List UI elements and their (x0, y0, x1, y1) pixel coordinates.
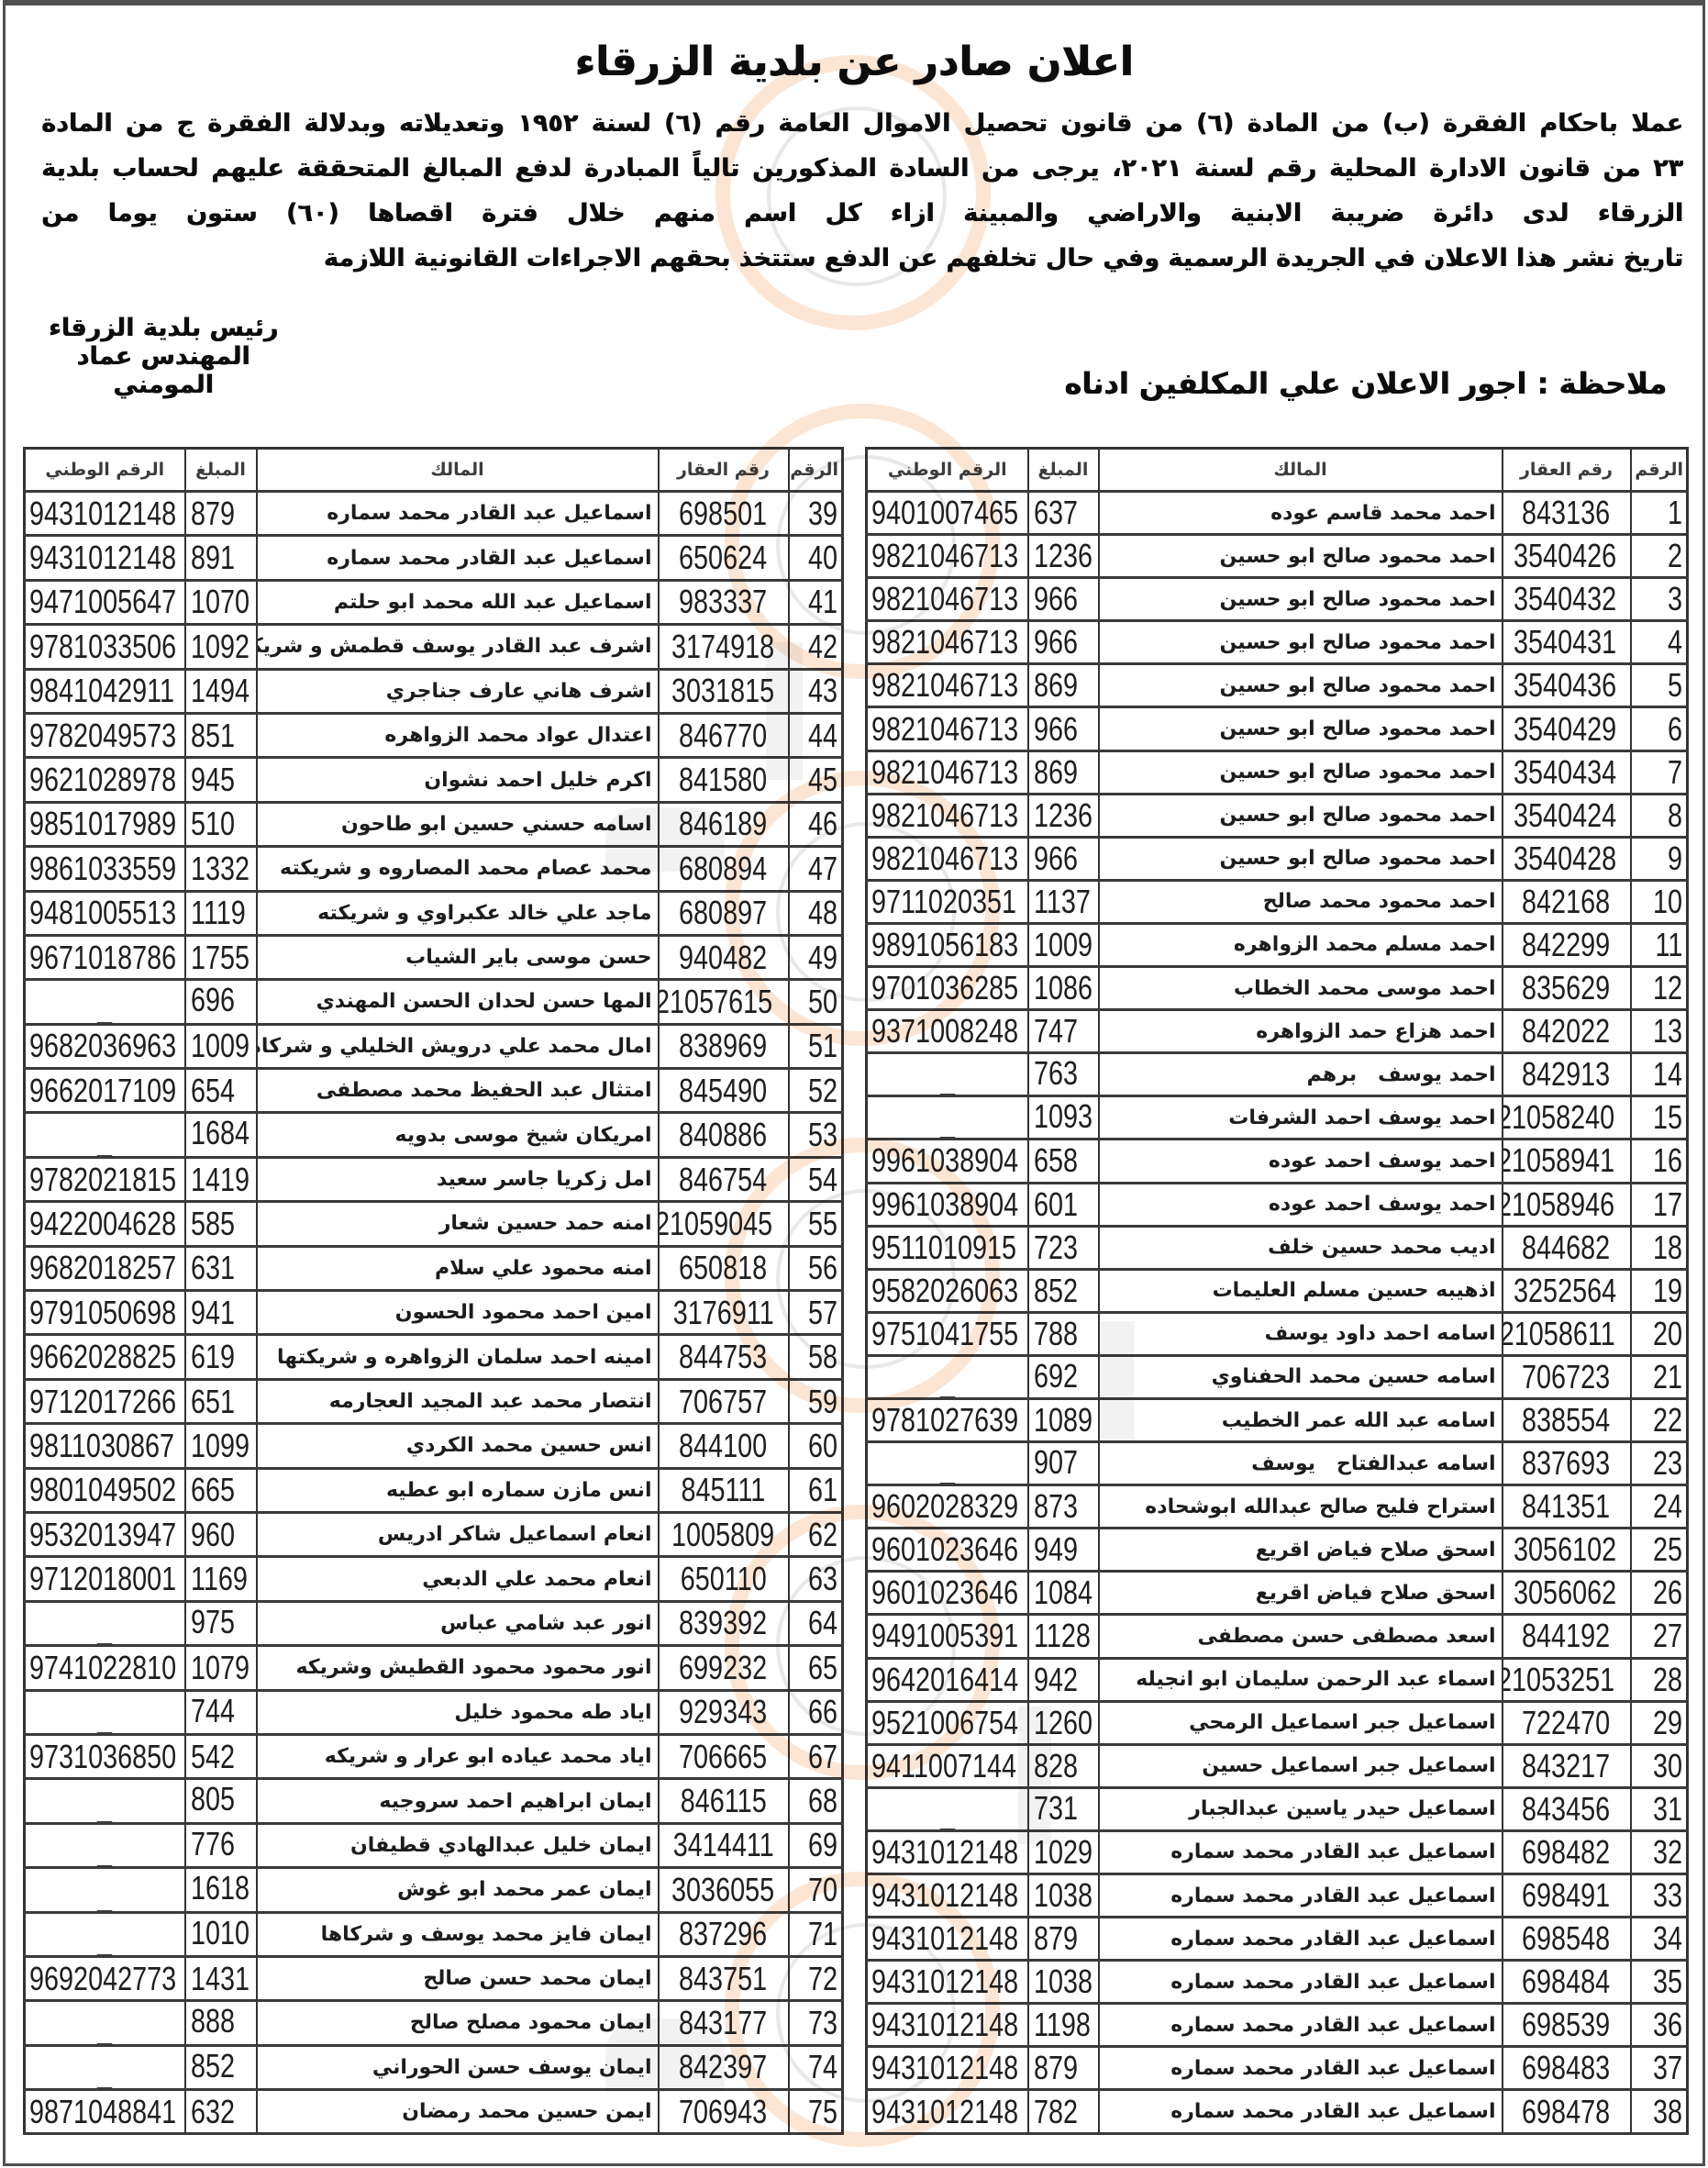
table-row: 52 845490 امتثال عبد الحفيظ محمد مصطفى 6… (25, 1069, 843, 1113)
national-id-cell: 9891056183 (867, 923, 1028, 966)
row-number-cell: 52 (789, 1069, 843, 1113)
property-number: 3056062 (1514, 1575, 1616, 1610)
property-number-cell: 722470 (1503, 1701, 1631, 1744)
owner-name: اشرف هاني عارف جناجري (257, 669, 659, 713)
property-number: 845490 (679, 1073, 767, 1108)
table-row: 65 699232 انور محمود محمود القطيش وشريكه… (25, 1646, 843, 1690)
amount-cell: 776 (185, 1823, 257, 1867)
row-number-cell: 49 (789, 935, 843, 979)
row-number: 24 (1653, 1489, 1682, 1524)
table-row: 69 3414411 ايمان خليل عبدالهادي قطيفان 7… (25, 1823, 843, 1867)
owner-name: اسماعيل عبد القادر محمد سماره (257, 492, 659, 536)
property-number: 846115 (681, 1784, 767, 1818)
national-id-cell: 9491005391 (867, 1615, 1028, 1658)
owner-name: ماجد علي خالد عكبراوي و شريكته (257, 891, 659, 935)
property-number: 3056102 (1514, 1532, 1616, 1567)
national-id: 9861033559 (29, 851, 176, 886)
row-number: 47 (808, 851, 837, 886)
amount: 1038 (1034, 1964, 1092, 1999)
table-row: 6 3540429 احمد محمود صالح ابو حسين 966 9… (867, 707, 1688, 750)
body-line-2: ٢٣ من قانون الادارة المحلية رقم لسنة ٢٠٢… (41, 146, 1683, 191)
property-number-cell: 21058240 (1503, 1096, 1631, 1140)
property-number: 3174918 (671, 629, 774, 664)
row-number-cell: 53 (789, 1113, 843, 1157)
owner-name: احمد محمود صالح ابو حسين (1099, 750, 1503, 794)
property-number-cell: 650624 (659, 536, 789, 580)
column-header-amount: المبلغ (1028, 449, 1099, 492)
property-number-cell: 698484 (1503, 1961, 1631, 2004)
amount: 1009 (1034, 928, 1092, 962)
national-id: 9692042773 (29, 1962, 176, 1996)
row-number-cell: 21 (1631, 1355, 1688, 1398)
table-row: 71 837296 ايمان فايز محمد يوسف و شركاها … (25, 1912, 843, 1956)
national-id: 9431012148 (29, 496, 176, 531)
national-id-cell: 9601023646 (867, 1572, 1028, 1615)
table-row: 22 838554 اسامه عبد الله عمر الخطيب 1089… (867, 1398, 1688, 1441)
amount-cell: 960 (185, 1512, 257, 1556)
row-number: 43 (808, 673, 837, 708)
row-number-cell: 27 (1631, 1615, 1688, 1658)
national-id-cell: 9431012148 (867, 2047, 1028, 2090)
row-number-cell: 58 (789, 1335, 843, 1379)
property-number: 698501 (679, 496, 767, 531)
national-id: 9782049573 (29, 718, 176, 753)
property-number-cell: 838554 (1503, 1398, 1631, 1441)
national-id-cell: 9782049573 (25, 713, 185, 757)
row-number-cell: 6 (1631, 707, 1688, 750)
row-number: 62 (808, 1518, 837, 1552)
amount: 891 (191, 540, 235, 575)
owner-name: اياد طه محمود خليل (257, 1690, 659, 1734)
row-number: 59 (808, 1384, 837, 1419)
row-number: 16 (1653, 1143, 1682, 1178)
amount: 966 (1034, 841, 1078, 876)
national-id-cell: 9861033559 (25, 847, 185, 891)
row-number-cell: 1 (1631, 492, 1688, 535)
property-number: 650110 (681, 1562, 767, 1596)
amount: 1070 (191, 584, 250, 619)
row-number: 8 (1668, 798, 1682, 833)
amount-cell: 966 (1028, 837, 1099, 880)
row-number-cell: 12 (1631, 967, 1688, 1010)
national-id-cell: 9821046713 (867, 707, 1028, 750)
amount: 585 (191, 1206, 235, 1241)
property-number-cell: 706757 (659, 1379, 789, 1423)
national-id-cell: 9821046713 (867, 794, 1028, 837)
property-number-cell: 843177 (659, 2001, 789, 2045)
amount-cell: 723 (1028, 1226, 1099, 1269)
national-id: 9422004628 (29, 1206, 176, 1241)
amount-cell: 788 (1028, 1312, 1099, 1355)
national-id: 9712018001 (29, 1562, 176, 1596)
national-id-cell: _ (867, 1096, 1028, 1140)
amount: 851 (191, 718, 235, 753)
amount: 949 (1034, 1532, 1078, 1567)
row-number: 50 (808, 984, 837, 1019)
amount-cell: 1038 (1028, 1874, 1099, 1918)
owner-name: اسماء عبد الرحمن سليمان ابو انجيله (1099, 1658, 1503, 1701)
property-number-cell: 841580 (659, 758, 789, 802)
amount-cell: 1092 (185, 625, 257, 669)
row-number-cell: 45 (789, 758, 843, 802)
national-id: 9532013947 (29, 1518, 176, 1552)
national-id-cell: _ (25, 1690, 185, 1734)
property-number-cell: 3036055 (659, 1868, 789, 1912)
owner-name: امنه محمود علي سلام (257, 1246, 659, 1290)
amount: 1260 (1034, 1706, 1092, 1740)
table-row: 42 3174918 اشرف عبد القادر يوسف قطمش و ش… (25, 625, 843, 669)
national-id: 9621028978 (29, 762, 176, 797)
table-row: 72 843751 ايمان محمد حسن صالح 1431 96920… (25, 1956, 843, 2000)
amount: 651 (191, 1384, 235, 1419)
row-number: 6 (1668, 712, 1682, 747)
row-number-cell: 51 (789, 1024, 843, 1068)
property-number: 21058946 (1503, 1187, 1615, 1222)
property-number-cell: 842913 (1503, 1053, 1631, 1096)
national-id-cell: 9961038904 (867, 1183, 1028, 1226)
row-number: 44 (808, 718, 837, 753)
property-number: 838969 (679, 1028, 767, 1063)
property-number-cell: 21057615 (659, 980, 789, 1024)
amount-cell: 696 (185, 980, 257, 1024)
table-row: 67 706665 اياد محمد عياده ابو عرار و شري… (25, 1734, 843, 1778)
owner-name: اسماعيل عبد القادر محمد سماره (1099, 2004, 1503, 2047)
row-number: 55 (808, 1206, 837, 1241)
property-number-cell: 929343 (659, 1690, 789, 1734)
amount: 1332 (191, 851, 250, 886)
national-id: 9711020351 (871, 884, 1016, 919)
row-number-cell: 71 (789, 1912, 843, 1956)
amount: 1419 (191, 1162, 250, 1197)
property-number: 698478 (1522, 2095, 1610, 2129)
property-number: 21059045 (659, 1206, 773, 1241)
row-number: 25 (1653, 1532, 1682, 1567)
property-number: 837296 (679, 1917, 767, 1951)
table-header-row: الرقم رقم العقار المالك المبلغ الرقم الو… (25, 449, 843, 492)
amount: 788 (1034, 1317, 1078, 1351)
national-id-cell: _ (867, 1053, 1028, 1096)
national-id: 9431012148 (29, 540, 176, 575)
row-number-cell: 55 (789, 1202, 843, 1246)
amount-cell: 852 (185, 2045, 257, 2089)
national-id-cell: 9511010915 (867, 1226, 1028, 1269)
amount: 542 (191, 1740, 235, 1774)
row-number: 31 (1653, 1792, 1682, 1827)
national-id-cell: _ (867, 1355, 1028, 1398)
national-id-cell: 9431012148 (867, 1874, 1028, 1918)
amount: 1684 (191, 1116, 250, 1151)
national-id: 9821046713 (871, 755, 1018, 790)
owner-name: انعام محمد علي الدبعي (257, 1557, 659, 1601)
row-number-cell: 59 (789, 1379, 843, 1423)
national-id: 9601023646 (871, 1532, 1018, 1567)
national-id: 9511010915 (871, 1230, 1016, 1265)
owner-name: اشرف عبد القادر يوسف قطمش و شريكه (257, 625, 659, 669)
row-number: 53 (808, 1117, 837, 1152)
national-id-cell: 9781027639 (867, 1398, 1028, 1441)
property-number: 844100 (679, 1429, 767, 1463)
national-id-cell: 9671018786 (25, 935, 185, 979)
national-id-cell: 9751041755 (867, 1312, 1028, 1355)
amount-cell: 1260 (1028, 1701, 1099, 1744)
amount-cell: 1099 (185, 1424, 257, 1468)
property-number: 844192 (1522, 1618, 1610, 1653)
amount-cell: 966 (1028, 621, 1099, 664)
row-number: 71 (808, 1917, 837, 1951)
table-row: 37 698483 اسماعيل عبد القادر محمد سماره … (867, 2047, 1688, 2090)
national-id-cell: _ (25, 2045, 185, 2089)
owner-name: اكرم خليل احمد نشوان (257, 758, 659, 802)
property-number-cell: 3176911 (659, 1291, 789, 1335)
row-number: 29 (1653, 1706, 1682, 1740)
owner-name: انعام اسماعيل شاكر ادريس (257, 1512, 659, 1556)
amount-cell: 665 (185, 1468, 257, 1512)
property-number-cell: 1005809 (659, 1512, 789, 1556)
owner-name: اسماعيل عبد الله محمد ابو حلتم (257, 580, 659, 624)
owner-name: استراح فليح صالح عبدالله ابوشحاده (1099, 1485, 1503, 1529)
national-id-cell: 9712018001 (25, 1557, 185, 1601)
column-header-number: الرقم (1631, 449, 1688, 492)
owner-name: اديب محمد حسين خلف (1099, 1226, 1503, 1269)
property-number-cell: 3540431 (1503, 621, 1631, 664)
amount-cell: 1431 (185, 1956, 257, 2000)
row-number: 26 (1653, 1575, 1682, 1610)
amount-cell: 1029 (1028, 1830, 1099, 1873)
row-number-cell: 35 (1631, 1961, 1688, 2004)
owner-name: احمد محمود محمد صالح (1099, 880, 1503, 923)
amount-cell: 619 (185, 1335, 257, 1379)
table-row: 55 21059045 امنه حمد حسين شعار 585 94220… (25, 1202, 843, 1246)
national-id-cell: 9711020351 (867, 880, 1028, 923)
row-number: 34 (1653, 1921, 1682, 1956)
row-number: 60 (808, 1429, 837, 1463)
table-row: 56 650818 امنه محمود علي سلام 631 968201… (25, 1246, 843, 1290)
amount: 942 (1034, 1662, 1078, 1697)
national-id-cell: _ (25, 1912, 185, 1956)
property-number-cell: 846770 (659, 713, 789, 757)
row-number-cell: 34 (1631, 1918, 1688, 1961)
owner-name: احمد مسلم محمد الزواهره (1099, 923, 1503, 966)
national-id: 9662017109 (29, 1073, 176, 1108)
property-number: 841580 (679, 762, 767, 797)
property-number-cell: 698478 (1503, 2090, 1631, 2133)
amount: 665 (191, 1473, 235, 1507)
national-id: _ (97, 1929, 112, 1952)
property-number-cell: 21053251 (1503, 1658, 1631, 1701)
amount-cell: 651 (185, 1379, 257, 1423)
row-number: 52 (808, 1073, 837, 1108)
property-number-cell: 3540426 (1503, 535, 1631, 578)
property-number-cell: 3056062 (1503, 1572, 1631, 1615)
amount-cell: 542 (185, 1734, 257, 1778)
table-row: 53 840886 امريكان شيخ موسى بدويه 1684 _ (25, 1113, 843, 1157)
property-number: 842168 (1522, 884, 1610, 919)
amount: 658 (1034, 1143, 1078, 1178)
property-number-cell: 842397 (659, 2045, 789, 2089)
table-row: 10 842168 احمد محمود محمد صالح 1137 9711… (867, 880, 1688, 923)
national-id-cell: 9791050698 (25, 1291, 185, 1335)
property-number-cell: 840886 (659, 1113, 789, 1157)
amount: 1086 (1034, 971, 1092, 1006)
amount-cell: 692 (1028, 1355, 1099, 1398)
property-number-cell: 837693 (1503, 1442, 1631, 1485)
column-header-owner: المالك (257, 449, 659, 492)
national-id: _ (97, 1707, 112, 1730)
national-id: 9741022810 (29, 1651, 176, 1685)
amount: 1169 (191, 1562, 248, 1596)
owner-name: ايمان خليل عبدالهادي قطيفان (257, 1823, 659, 1867)
amount: 747 (1034, 1014, 1078, 1049)
row-number-cell: 29 (1631, 1701, 1688, 1744)
table-row: 64 839392 انور عبد شامي عباس 975 _ (25, 1601, 843, 1645)
property-number: 3176911 (672, 1295, 773, 1330)
owner-name: اسماعيل عبد القادر محمد سماره (1099, 1830, 1503, 1873)
amount-cell: 966 (1028, 707, 1099, 750)
amount: 966 (1034, 582, 1078, 617)
signature-title: رئيس بلدية الزرقاء (41, 314, 285, 342)
table-row: 13 842022 احمد هزاع حمد الزواهره 747 937… (867, 1010, 1688, 1053)
national-id-cell: 9821046713 (867, 837, 1028, 880)
national-id-cell: 9431012148 (867, 1961, 1028, 2004)
table-row: 24 841351 استراح فليح صالح عبدالله ابوشح… (867, 1485, 1688, 1529)
row-number-cell: 19 (1631, 1269, 1688, 1312)
national-id: 9471005647 (29, 584, 176, 619)
national-id: _ (940, 1371, 955, 1395)
row-number: 28 (1653, 1662, 1682, 1697)
national-id: 9601023646 (871, 1575, 1018, 1610)
owner-name: احمد يوسف احمد الشرفات (1099, 1096, 1503, 1140)
amount: 1079 (191, 1651, 250, 1685)
table-row: 49 940482 حسن موسى باير الشياب 1755 9671… (25, 935, 843, 979)
signature-block: رئيس بلدية الزرقاء المهندس عماد المومني (41, 314, 285, 399)
table-row: 75 706943 ايمن حسين محمد رمضان 632 98710… (25, 2090, 843, 2134)
row-number-cell: 63 (789, 1557, 843, 1601)
property-number-cell: 3056102 (1503, 1529, 1631, 1572)
property-number-cell: 3174918 (659, 625, 789, 669)
amount: 692 (1034, 1359, 1078, 1394)
property-number: 650624 (679, 540, 767, 575)
owner-name: اسماعيل عبد القادر محمد سماره (257, 536, 659, 580)
amount: 805 (191, 1782, 235, 1817)
owner-name: امال محمد علي درويش الخليلي و شركاها (257, 1024, 659, 1068)
amount: 601 (1034, 1187, 1078, 1222)
row-number-cell: 66 (789, 1690, 843, 1734)
row-number-cell: 46 (789, 802, 843, 846)
property-number-cell: 842022 (1503, 1010, 1631, 1053)
row-number: 46 (808, 806, 837, 841)
amount-cell: 744 (185, 1690, 257, 1734)
row-number: 14 (1653, 1057, 1682, 1092)
national-id: 9431012148 (871, 2007, 1018, 2042)
column-header-property: رقم العقار (659, 449, 789, 492)
national-id: 9431012148 (871, 1835, 1018, 1870)
row-number: 73 (808, 2006, 837, 2040)
national-id-cell: 9781033506 (25, 625, 185, 669)
row-number-cell: 68 (789, 1779, 843, 1823)
amount-cell: 747 (1028, 1010, 1099, 1053)
row-number: 1 (1668, 495, 1682, 530)
owner-name: ايمان عمر محمد ابو غوش (257, 1868, 659, 1912)
row-number: 10 (1653, 884, 1682, 919)
row-number-cell: 65 (789, 1646, 843, 1690)
property-number-cell: 844753 (659, 1335, 789, 1379)
national-id-cell: 9662017109 (25, 1069, 185, 1113)
amount: 723 (1034, 1230, 1078, 1265)
property-number: 843751 (679, 1962, 767, 1996)
row-number: 42 (808, 629, 837, 664)
amount: 637 (1034, 495, 1078, 530)
row-number: 13 (1653, 1014, 1682, 1049)
national-id: _ (97, 2018, 112, 2041)
row-number: 15 (1653, 1100, 1682, 1135)
national-id-cell: _ (25, 1868, 185, 1912)
row-number: 22 (1653, 1403, 1682, 1438)
column-header-property: رقم العقار (1503, 449, 1631, 492)
owner-name: احمد يوسف احمد عوده (1099, 1140, 1503, 1183)
owner-name: اسعد مصطفى حسن مصطفى (1099, 1615, 1503, 1658)
row-number: 30 (1653, 1749, 1682, 1784)
owner-name: امين احمد محمود الحسون (257, 1291, 659, 1335)
national-id: _ (97, 2062, 112, 2085)
column-header-national-id: الرقم الوطني (25, 449, 185, 492)
national-id: _ (97, 1884, 112, 1908)
row-number-cell: 56 (789, 1246, 843, 1290)
property-number-cell: 940482 (659, 935, 789, 979)
table-row: 7 3540434 احمد محمود صالح ابو حسين 869 9… (867, 750, 1688, 794)
property-number: 3414411 (672, 1828, 773, 1862)
national-id: 9782021815 (29, 1162, 176, 1197)
national-id-cell: 9481005513 (25, 891, 185, 935)
amount-cell: 1684 (185, 1113, 257, 1157)
property-number: 706665 (679, 1740, 767, 1774)
amount-cell: 763 (1028, 1053, 1099, 1096)
amount: 1431 (191, 1962, 250, 1996)
table-row: 15 21058240 احمد يوسف احمد الشرفات 1093 … (867, 1096, 1688, 1140)
amount: 966 (1034, 712, 1078, 747)
table-row: 33 698491 اسماعيل عبد القادر محمد سماره … (867, 1874, 1688, 1918)
property-number-cell: 846754 (659, 1157, 789, 1201)
amount-cell: 1089 (1028, 1398, 1099, 1441)
property-number: 21058611 (1503, 1317, 1615, 1351)
table-row: 59 706757 انتصار محمد عبد المجيد العجارم… (25, 1379, 843, 1423)
property-number: 842299 (1522, 928, 1610, 962)
amount-cell: 1086 (1028, 967, 1099, 1010)
national-id: 9662028825 (29, 1340, 176, 1374)
row-number-cell: 69 (789, 1823, 843, 1867)
owner-name: اسماعيل حيدر ياسين عبدالجبار (1099, 1787, 1503, 1830)
table-row: 43 3031815 اشرف هاني عارف جناجري 1494 98… (25, 669, 843, 713)
amount-cell: 637 (1028, 492, 1099, 535)
table-row: 27 844192 اسعد مصطفى حسن مصطفى 1128 9491… (867, 1615, 1688, 1658)
property-number: 3540426 (1514, 539, 1616, 573)
amount: 975 (191, 1605, 235, 1640)
row-number-cell: 5 (1631, 664, 1688, 707)
owner-name: ايمن حسين محمد رمضان (257, 2090, 659, 2134)
national-id: 9871048841 (29, 2095, 176, 2129)
national-id-cell: 9601023646 (867, 1529, 1028, 1572)
amount-cell: 879 (1028, 1918, 1099, 1961)
national-id-cell: 9532013947 (25, 1512, 185, 1556)
national-id: 9411007144 (871, 1749, 1016, 1784)
amount: 888 (191, 2004, 235, 2039)
row-number: 74 (808, 2050, 837, 2085)
property-number: 844682 (1522, 1230, 1610, 1265)
amount: 631 (191, 1251, 235, 1285)
row-number: 39 (808, 496, 837, 531)
property-number-cell: 838969 (659, 1024, 789, 1068)
amount-cell: 1070 (185, 580, 257, 624)
owner-name: اسحق صلاح فياض اقريع (1099, 1529, 1503, 1572)
